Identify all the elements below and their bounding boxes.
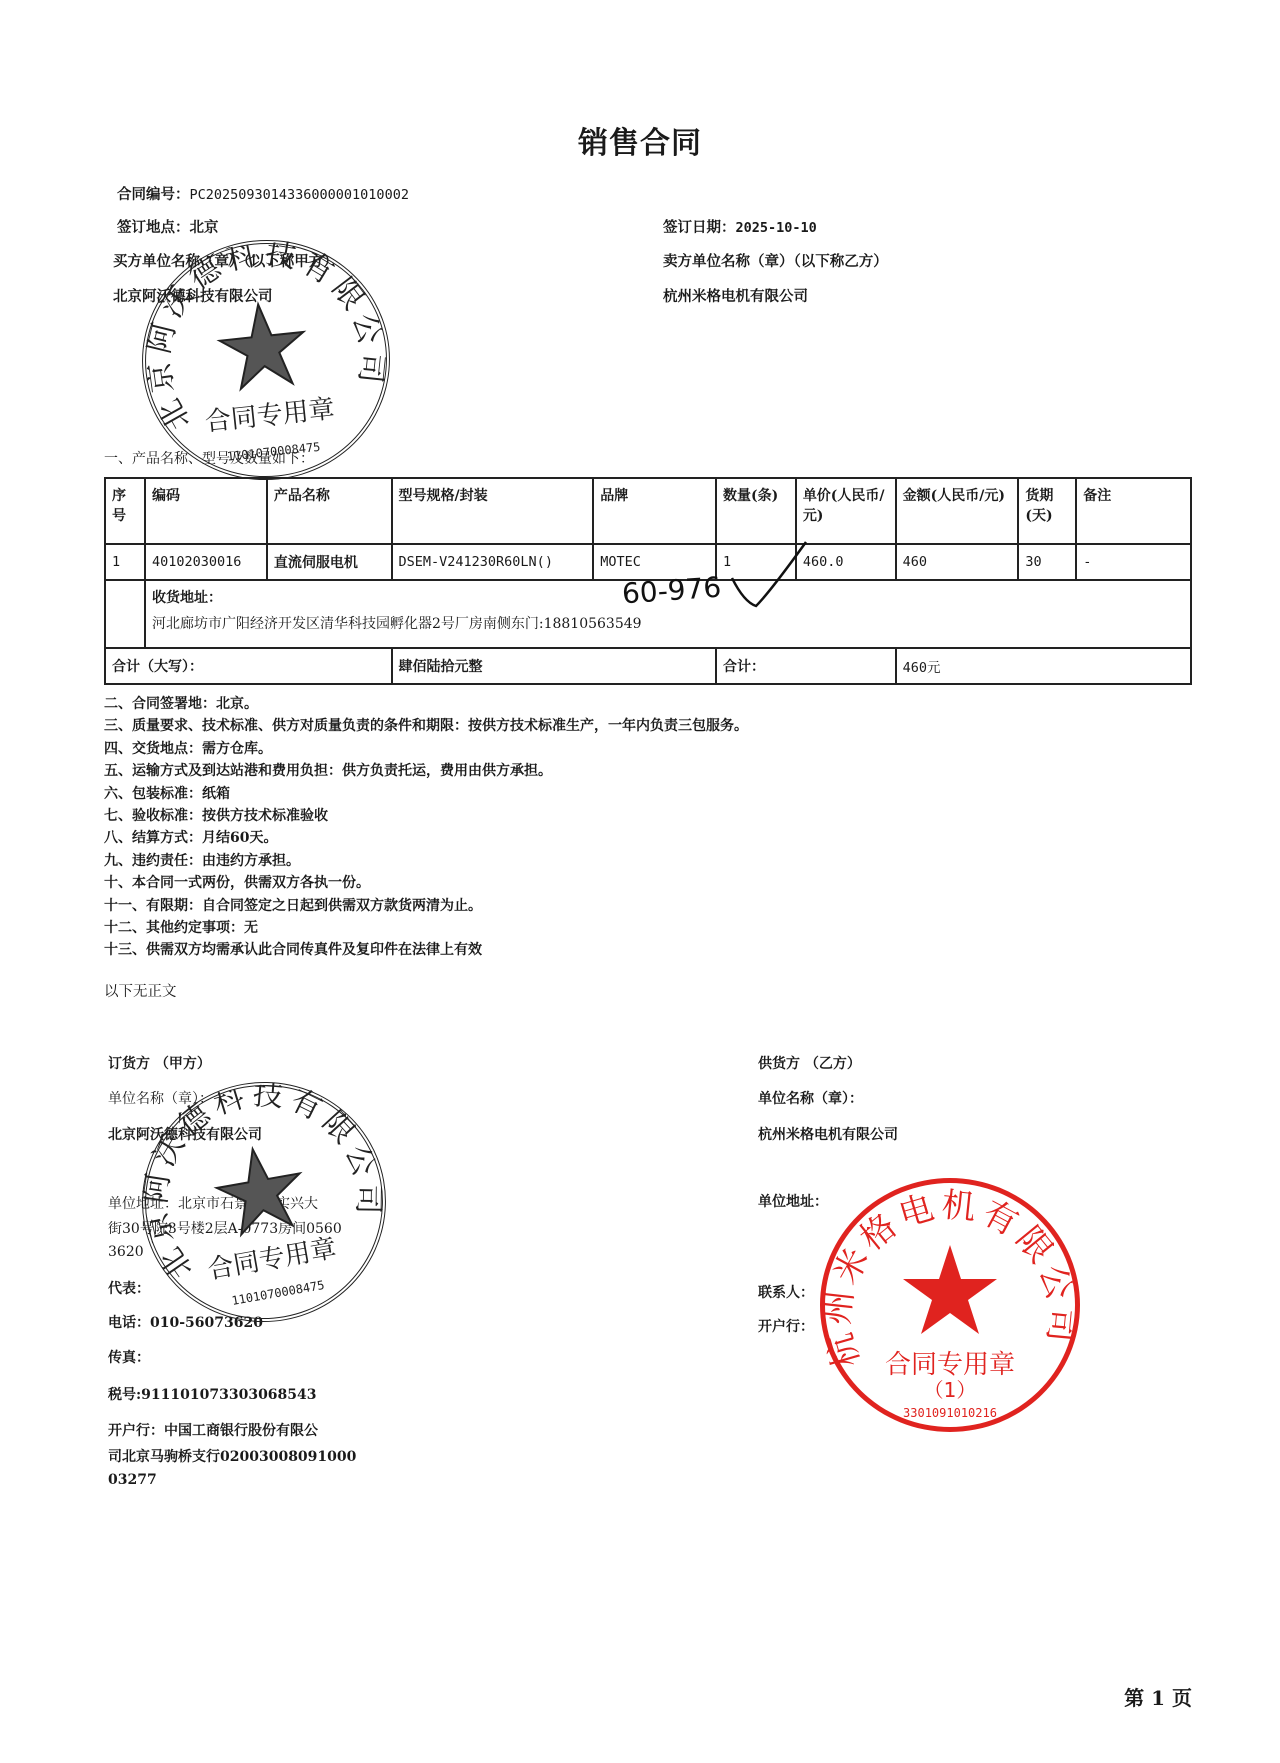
seller-contact-label: 联系人： — [758, 1282, 814, 1302]
clause-4: 四、交货地点：需方仓库。 — [104, 738, 748, 760]
seller-address-label: 单位地址： — [758, 1191, 828, 1211]
star-icon — [903, 1245, 997, 1334]
cell-seq: 1 — [105, 544, 145, 580]
buyer-bank-line1: 开户行：中国工商银行股份有限公 — [108, 1420, 318, 1440]
table-header-row: 序号 编码 产品名称 型号规格/封装 品牌 数量(条) 单价(人民币/元) 金额… — [105, 478, 1191, 544]
clause-2: 二、合同签署地：北京。 — [104, 693, 748, 715]
buyer-phone-label: 电话： — [108, 1315, 150, 1331]
clause-8: 八、结算方式：月结60天。 — [104, 827, 748, 849]
total-label: 合计： — [716, 648, 896, 684]
buyer-fax-label: 传真： — [108, 1347, 150, 1367]
header-seq: 序号 — [105, 478, 145, 544]
clause-5: 五、运输方式及到达站港和费用负担：供方负责托运，费用由供方承担。 — [104, 760, 748, 782]
cell-lead-days: 30 — [1018, 544, 1076, 580]
total-value: 460元 — [896, 648, 1191, 684]
sign-place-label: 签订地点： — [117, 219, 190, 236]
header-product: 产品名称 — [267, 478, 392, 544]
checkmark-icon — [730, 540, 820, 624]
svg-text:（1）: （1） — [924, 1378, 977, 1402]
header-amount: 金额(人民币/元) — [896, 478, 1019, 544]
seller-name: 杭州米格电机有限公司 — [663, 285, 808, 306]
buyer-contract-stamp: 北京阿沃德科技有限公司 合同专用章 1101070008475 — [123, 1063, 405, 1342]
seller-sign-name-label: 单位名称（章）： — [758, 1088, 863, 1108]
clause-3: 三、质量要求、技术标准、供方对质量负责的条件和期限：按供方技术标准生产，一年内负… — [104, 715, 748, 737]
clause-13: 十三、供需双方均需承认此合同传真件及复印件在法律上有效 — [104, 939, 748, 961]
buyer-address-line3: 3620 — [108, 1244, 144, 1260]
seller-sign-heading: 供货方 （乙方） — [758, 1053, 861, 1073]
contract-number: 合同编号：PC2025093014336000001010002 — [117, 183, 409, 204]
cell-amount: 460 — [896, 544, 1019, 580]
page-number: 第 1 页 — [1124, 1682, 1192, 1711]
header-brand: 品牌 — [593, 478, 716, 544]
delivery-address: 河北廊坊市广阳经济开发区清华科技园孵化器2号厂房南侧东门:18810563549 — [152, 613, 1184, 633]
svg-text:合同专用章: 合同专用章 — [885, 1350, 1015, 1380]
sign-place-value: 北京 — [190, 219, 219, 236]
cell-remark: - — [1076, 544, 1191, 580]
seller-sign-name: 杭州米格电机有限公司 — [758, 1124, 898, 1144]
end-note: 以下无正文 — [104, 980, 177, 1001]
clause-12: 十二、其他约定事项：无 — [104, 917, 748, 939]
star-icon — [211, 1142, 308, 1237]
handwritten-note: 60-976 — [621, 571, 722, 611]
svg-text:合同专用章: 合同专用章 — [204, 394, 336, 437]
cell-product: 直流伺服电机 — [267, 544, 392, 580]
sign-date: 签订日期：2025-10-10 — [663, 216, 817, 237]
cell-code: 40102030016 — [145, 544, 267, 580]
sign-place: 签订地点：北京 — [117, 216, 219, 237]
section1-heading: 一、产品名称、型号及数量如下： — [104, 448, 314, 468]
star-icon — [216, 300, 308, 390]
clause-10: 十、本合同一式两份，供需双方各执一份。 — [104, 872, 748, 894]
clause-9: 九、违约责任：由违约方承担。 — [104, 850, 748, 872]
sign-date-label: 签订日期： — [663, 219, 736, 236]
clause-11: 十一、有限期：自合同签定之日起到供需双方款货两清为止。 — [104, 895, 748, 917]
contract-number-label: 合同编号： — [117, 186, 190, 203]
buyer-tax: 税号:911101073303068543 — [108, 1384, 317, 1404]
buyer-tax-value: 911101073303068543 — [141, 1387, 316, 1403]
header-qty: 数量(条) — [716, 478, 796, 544]
total-upper-label: 合计（大写）： — [105, 648, 392, 684]
buyer-rep-label: 代表： — [108, 1278, 150, 1298]
header-model: 型号规格/封装 — [392, 478, 594, 544]
document-title: 销售合同 — [0, 118, 1280, 162]
buyer-bank-line2: 司北京马驹桥支行02003008091000 — [108, 1446, 356, 1466]
contract-number-value: PC2025093014336000001010002 — [190, 187, 409, 203]
clause-6: 六、包装标准：纸箱 — [104, 783, 748, 805]
clause-7: 七、验收标准：按供方技术标准验收 — [104, 805, 748, 827]
sign-date-value: 2025-10-10 — [736, 220, 817, 236]
seller-bank-label: 开户行： — [758, 1316, 814, 1336]
contract-clauses: 二、合同签署地：北京。 三、质量要求、技术标准、供方对质量负责的条件和期限：按供… — [104, 693, 748, 962]
seller-contract-stamp: 杭州米格电机有限公司 合同专用章 （1） 3301091010216 — [820, 1178, 1080, 1432]
cell-model: DSEM-V241230R60LN() — [392, 544, 594, 580]
seller-heading: 卖方单位名称（章）（以下称乙方） — [663, 250, 888, 271]
buyer-tax-label: 税号: — [108, 1387, 141, 1403]
header-remark: 备注 — [1076, 478, 1191, 544]
header-unit-price: 单价(人民币/元) — [796, 478, 896, 544]
buyer-bank-line3: 03277 — [108, 1472, 157, 1488]
svg-text:3301091010216: 3301091010216 — [903, 1406, 997, 1420]
total-upper-value: 肆佰陆拾元整 — [392, 648, 716, 684]
header-lead-days: 货期(天) — [1018, 478, 1076, 544]
svg-text:1101070008475: 1101070008475 — [231, 1278, 326, 1308]
total-row: 合计（大写）： 肆佰陆拾元整 合计： 460元 — [105, 648, 1191, 684]
buyer-sign-heading: 订货方 （甲方） — [108, 1053, 211, 1073]
header-code: 编码 — [145, 478, 267, 544]
